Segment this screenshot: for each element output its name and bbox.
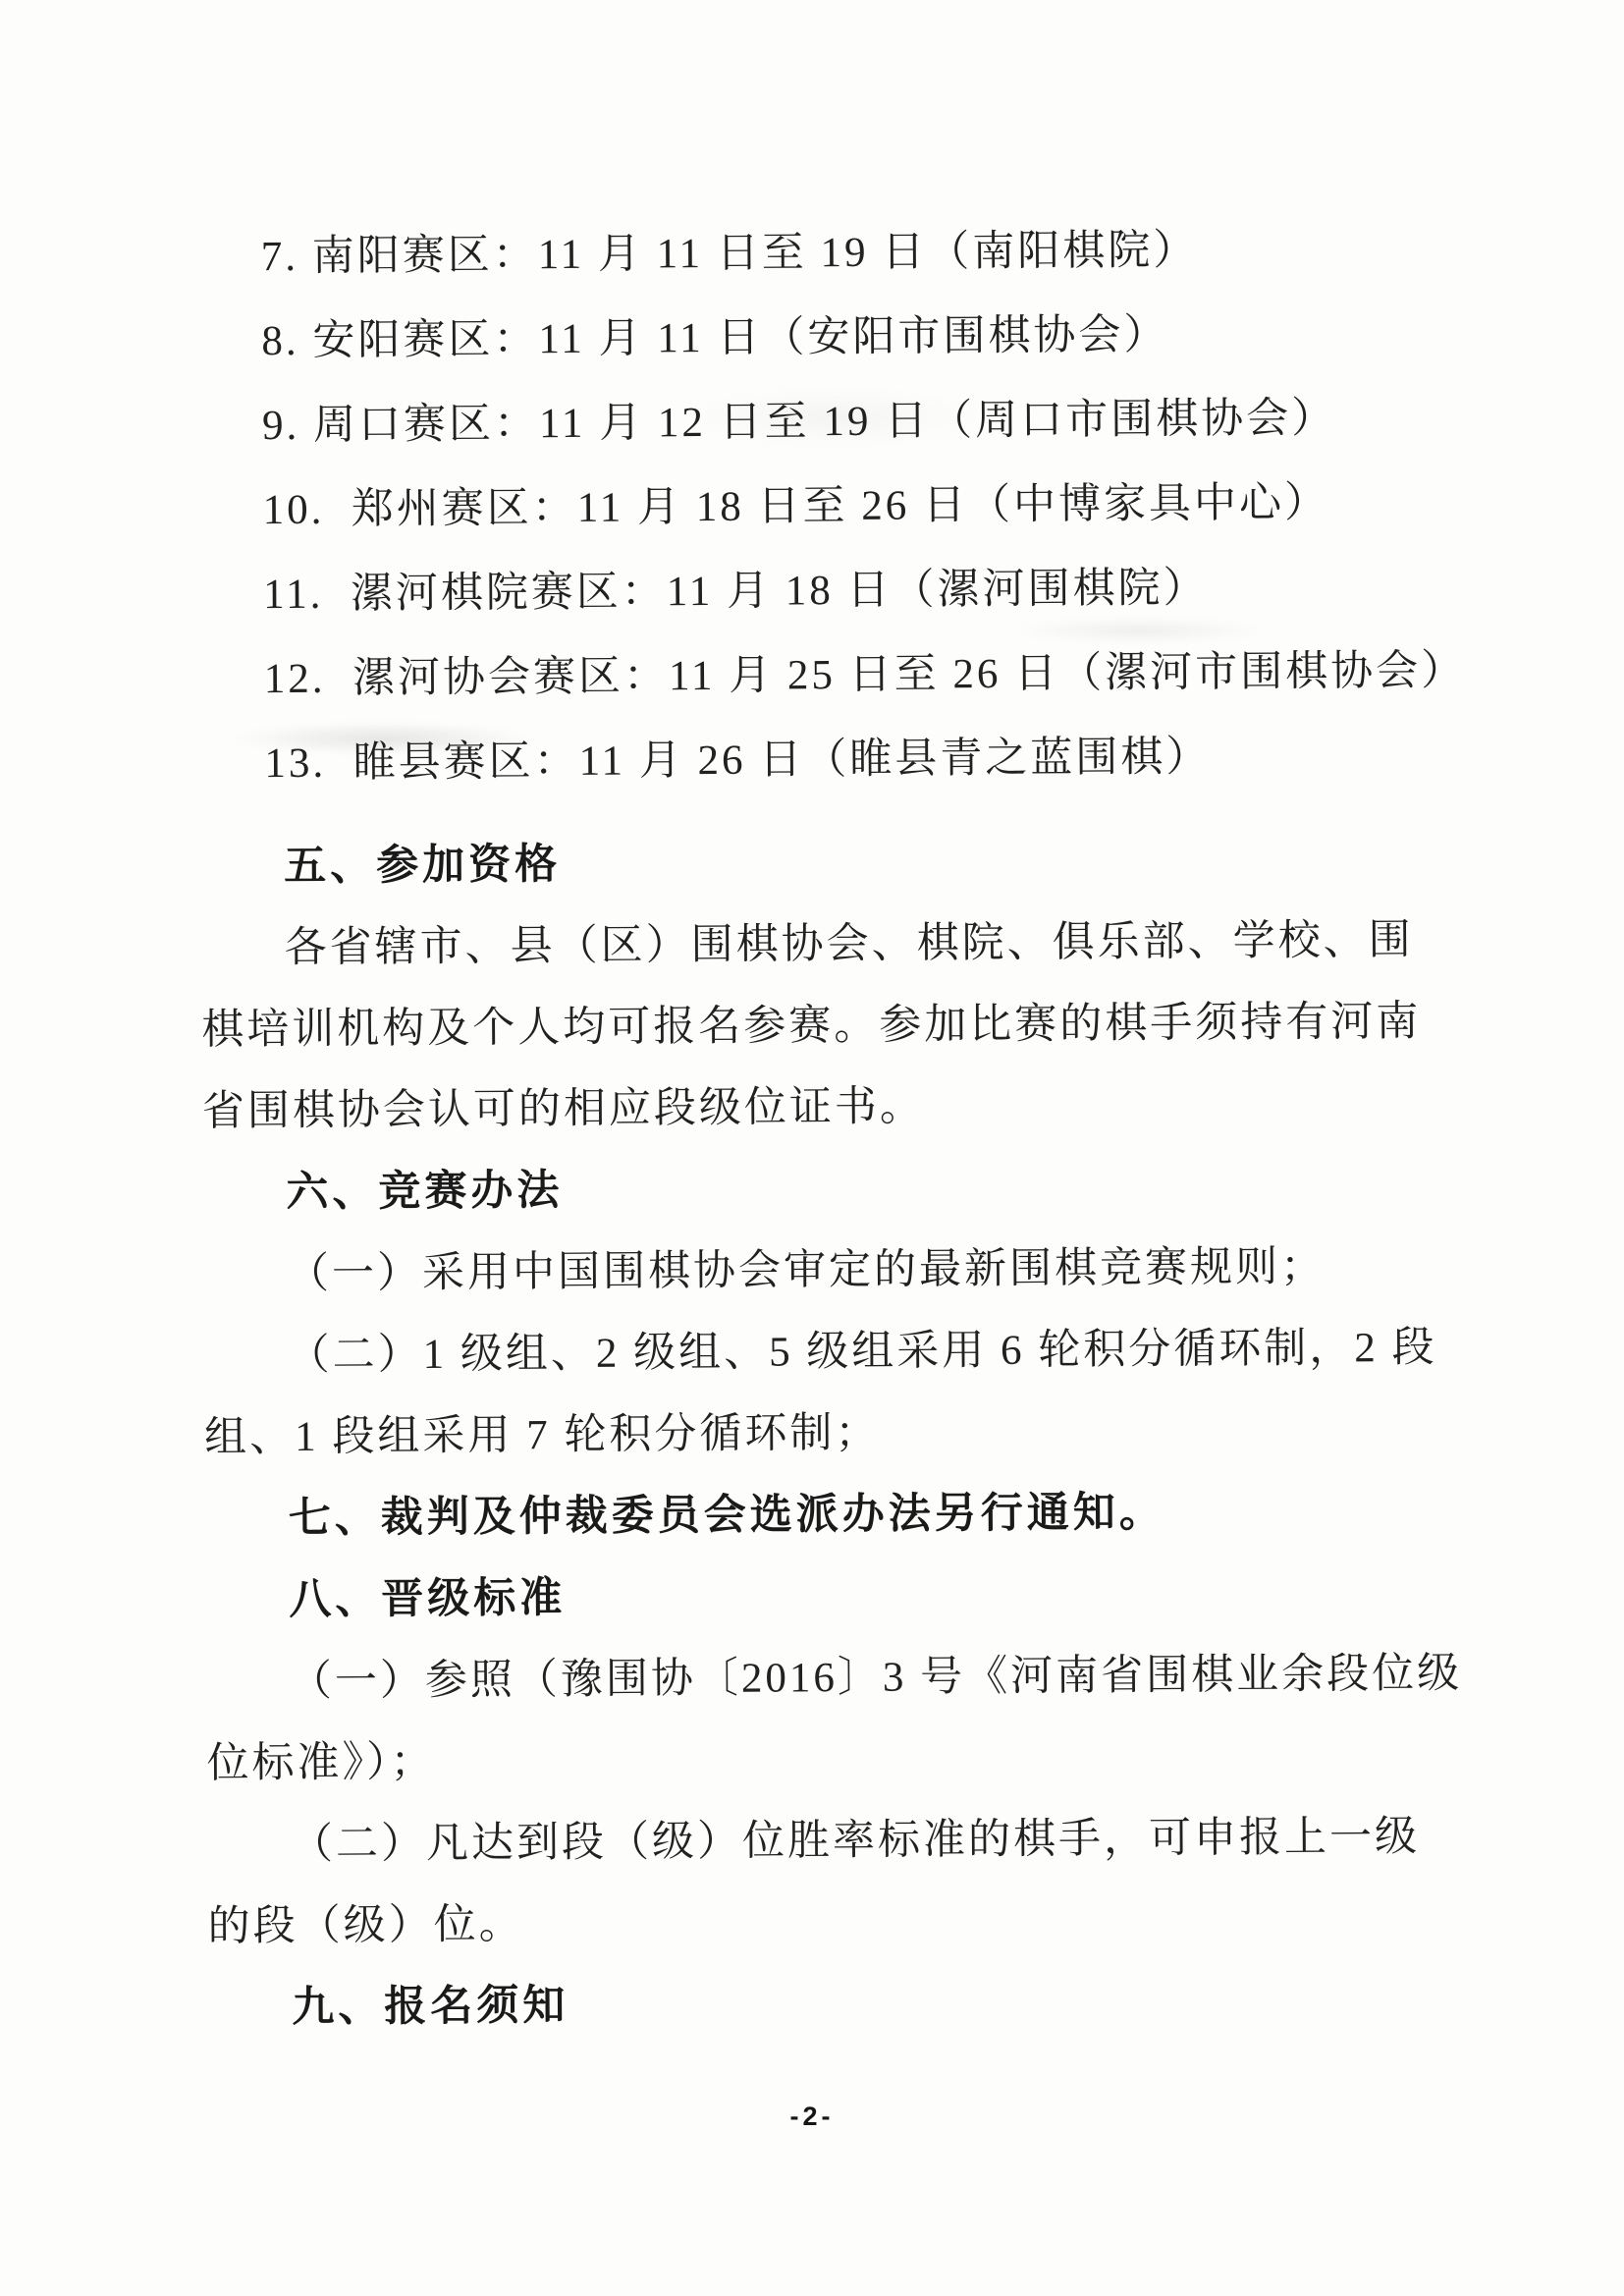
list-item-9: 9. 周口赛区：11 月 12 日至 19 日（周口市围棋协会）: [262, 375, 1494, 468]
paragraph-line: 组、1 段组采用 7 轮积分循环制；: [204, 1388, 1501, 1478]
section-heading-5: 五、参加资格: [284, 817, 1497, 907]
section-heading-6: 六、竞赛办法: [286, 1143, 1499, 1233]
document-body: 7. 南阳赛区：11 月 11 日至 19 日（南阳棋院） 8. 安阳赛区：11…: [195, 206, 1504, 2049]
list-item-7: 7. 南阳赛区：11 月 11 日至 19 日（南阳棋院）: [260, 206, 1492, 300]
paragraph-line: 的段（级）位。: [207, 1877, 1504, 1967]
list-item-8: 8. 安阳赛区：11 月 11 日（安阳市围棋协会）: [261, 291, 1493, 384]
page-number: -2-: [0, 2102, 1624, 2132]
paragraph-line: 省围棋协会认可的相应段级位证书。: [202, 1062, 1499, 1152]
list-item-12: 12. 漯河协会赛区：11 月 25 日至 26 日（漯河市围棋协会）: [263, 629, 1495, 722]
list-item-13: 13. 睢县赛区：11 月 26 日（睢县青之蓝围棋）: [264, 713, 1496, 806]
paragraph-line: （一）参照（豫围协〔2016〕3 号《河南省围棋业余段位级: [290, 1632, 1503, 1722]
list-item-10: 10. 郑州赛区：11 月 18 日至 26 日（中博家具中心）: [262, 460, 1494, 553]
paragraph-line: 位标准》）；: [206, 1714, 1503, 1804]
section-heading-8: 八、晋级标准: [289, 1551, 1502, 1641]
paragraph-line: （二）1 级组、2 级组、5 级组采用 6 轮积分循环制，2 段: [287, 1306, 1500, 1396]
list-item-11: 11. 漯河棋院赛区：11 月 18 日（漯河围棋院）: [263, 544, 1495, 637]
paragraph-line: 各省辖市、县（区）围棋协会、棋院、俱乐部、学校、围: [284, 899, 1497, 989]
section-heading-9: 九、报名须知: [292, 1958, 1505, 2049]
scanned-document-page: 7. 南阳赛区：11 月 11 日至 19 日（南阳棋院） 8. 安阳赛区：11…: [0, 0, 1624, 2296]
paragraph-line: 棋培训机构及个人均可报名参赛。参加比赛的棋手须持有河南: [201, 980, 1498, 1070]
section-heading-7: 七、裁判及仲裁委员会选派办法另行通知。: [288, 1469, 1501, 1559]
paragraph-line: （二）凡达到段（级）位胜率标准的棋手，可申报上一级: [291, 1795, 1504, 1886]
paragraph-line: （一）采用中国围棋协会审定的最新围棋竞赛规则；: [287, 1225, 1500, 1315]
